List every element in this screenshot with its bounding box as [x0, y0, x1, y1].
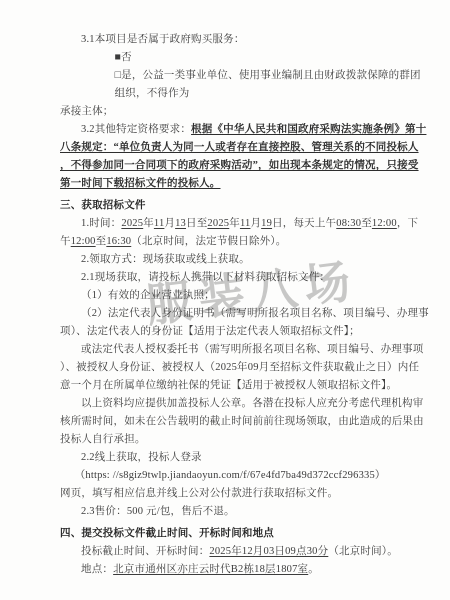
text-segment: 2.2线上获取，投标人登录	[81, 452, 202, 463]
text-segment: 12:00	[71, 236, 96, 247]
section-3-heading: 三、获取招标文件	[60, 197, 396, 215]
text-segment: 11	[240, 218, 251, 229]
online-obtain: 2.2线上获取，投标人登录	[60, 449, 396, 467]
text-segment: 08:30	[336, 218, 361, 229]
text-segment: 2.1现场获取，请投标人携带以下材料获取招标文件：	[81, 272, 330, 283]
price: 2.3售价：500 元/包，售后不退。	[60, 503, 396, 521]
text-segment: 以上资料均应提供加盖投标人公章。各潜在投标人应充分考虑代理机构审	[81, 398, 423, 409]
text-segment: 16:30	[106, 236, 131, 247]
text-segment: 月	[250, 218, 261, 229]
venue: 地点：北京市通州区亦庄云时代B2栋18层1807室。	[60, 561, 396, 579]
text-segment: ）、被授权人身份证、被授权人（2025年09月至招标文件获取截止之日）内任	[60, 362, 419, 373]
text-segment: 或法定代表人授权委托书（需写明所报名项目名称、项目编号、办理事项	[81, 344, 423, 355]
text-segment: 1.时间：	[81, 218, 121, 229]
clause-3-2-line2: 八条规定：“单位负责人为同一人或者存在直接控股、管理关系的不同投标人	[60, 139, 396, 157]
onsite-obtain: 2.1现场获取，请投标人携带以下材料获取招标文件：	[60, 269, 396, 287]
note-line3: 投标人自行承担。	[60, 431, 396, 449]
text-segment: 。	[308, 564, 319, 575]
online-obtain-line2: 网页，填写相应信息并线上公对公付款进行获取招标文件。	[60, 485, 396, 503]
material-2-line1: （2）法定代表人身份证明书（需写明所报名项目名称、项目编号、办理事	[60, 305, 396, 323]
text-segment: 日，每天上午	[272, 218, 336, 229]
text-segment: （2）法定代表人身份证明书（需写明所报名项目名称、项目编号、办理事	[81, 308, 429, 319]
obtain-method: 2.领取方式：现场获取或线上获取。	[60, 251, 396, 269]
text-segment: 至	[361, 218, 372, 229]
text-segment: 北京市通州区亦庄云时代B2栋18层1807室	[113, 564, 308, 575]
text-segment: 2.3售价：500 元/包，售后不退。	[81, 506, 235, 517]
text-segment: 日至	[186, 218, 207, 229]
text-segment: 四、提交投标文件截止时间、开标时间和地点	[60, 528, 274, 539]
text-segment: 项）、法定代表人的身份证【适用于法定代表人领取招标文件】；	[60, 326, 360, 337]
text-segment: 核所需时间，如未在公告载明的截止时间前前往现场领取，由此造成的后果由	[60, 416, 424, 427]
note-line2: 核所需时间，如未在公告载明的截止时间前前往现场领取，由此造成的后果由	[60, 413, 396, 431]
text-segment: 组织，不得作为	[115, 88, 190, 99]
obtain-time-line1: 1.时间：2025年11月13日至2025年11月19日，每天上午08:30至1…	[60, 215, 396, 233]
clause-3-1: 3.1本项目是否属于政府购买服务：	[60, 31, 396, 49]
text-segment: 地点：	[81, 564, 113, 575]
text-segment: 八条规定：“单位负责人为同一人或者存在直接控股、管理关系的不同投标人	[60, 142, 419, 153]
text-segment: 3.2其他特定资格要求：	[81, 124, 191, 135]
text-segment: 年	[143, 218, 154, 229]
text-segment: （1）有效的企业营业执照；	[81, 290, 215, 301]
clause-3-2-line3: ，不得参加同一合同项下的政府采购活动”，如出现本条规定的情况，只接受	[60, 157, 396, 175]
option-yes-line2: 组织，不得作为	[60, 85, 396, 103]
text-segment: 根据《中华人民共和国政府采购法实施条例》第十	[191, 124, 426, 135]
text-segment: 投标截止时间、开标时间：	[81, 546, 209, 557]
note-line1: 以上资料均应提供加盖投标人公章。各潜在投标人应充分考虑代理机构审	[60, 395, 396, 413]
text-segment: 12:00	[372, 218, 397, 229]
text-segment: 11	[154, 218, 165, 229]
scanned-document-page: 服装八场 3.1本项目是否属于政府购买服务：■否□是，公益一类事业单位、使用事业…	[0, 0, 450, 600]
text-segment: ，不得参加同一合同项下的政府采购活动”，如出现本条规定的情况，只接受	[60, 160, 419, 171]
document-body: 3.1本项目是否属于政府购买服务：■否□是，公益一类事业单位、使用事业编制且由财…	[60, 31, 396, 579]
text-segment: 至	[96, 236, 107, 247]
material-2-line2: 项）、法定代表人的身份证【适用于法定代表人领取招标文件】；	[60, 323, 396, 341]
text-segment: （https: //s8giz9twlp.jiandaoyun.com/f/67…	[75, 470, 386, 481]
text-segment: 3.1本项目是否属于政府购买服务：	[81, 34, 245, 45]
text-segment: 投标人自行承担。	[60, 434, 146, 445]
material-3-line1: 或法定代表人授权委托书（需写明所报名项目名称、项目编号、办理事项	[60, 341, 396, 359]
material-3-line2: ）、被授权人身份证、被授权人（2025年09月至招标文件获取截止之日）内任	[60, 359, 396, 377]
text-segment: 年	[229, 218, 240, 229]
text-segment: 2025年12月03日09点30分	[209, 546, 328, 557]
option-yes-line3: 承接主体；	[60, 103, 396, 121]
text-segment: 19	[261, 218, 272, 229]
text-segment: 承接主体；	[60, 106, 114, 117]
text-segment: 第一时间下载招标文件的投标人。	[60, 178, 221, 189]
text-segment: 2025	[207, 218, 229, 229]
text-segment: 意一个月在所属单位缴纳社保的凭证【适用于被授权人领取招标文件】。	[60, 380, 397, 391]
text-segment: 三、获取招标文件	[60, 200, 146, 211]
obtain-url: （https: //s8giz9twlp.jiandaoyun.com/f/67…	[60, 467, 396, 485]
text-segment: 午	[60, 236, 71, 247]
text-segment: 2025	[121, 218, 143, 229]
text-segment: （北京时间）。	[328, 546, 398, 557]
text-segment: 网页，填写相应信息并线上公对公付款进行获取招标文件。	[60, 488, 338, 499]
text-segment: □是，公益一类事业单位、使用事业编制且由财政拨款保障的群团	[115, 70, 421, 81]
obtain-time-line2: 午12:00至16:30（北京时间，法定节假日除外）。	[60, 233, 396, 251]
option-no: ■否	[60, 49, 396, 67]
text-segment: ■否	[115, 52, 132, 63]
text-segment: 2.领取方式：现场获取或线上获取。	[81, 254, 250, 265]
text-segment: （北京时间，法定节假日除外）。	[131, 236, 286, 247]
text-segment: 月	[164, 218, 175, 229]
material-1: （1）有效的企业营业执照；	[60, 287, 396, 305]
clause-3-2-line4: 第一时间下载招标文件的投标人。	[60, 175, 396, 193]
text-segment: ，下	[397, 218, 418, 229]
material-3-line3: 意一个月在所属单位缴纳社保的凭证【适用于被授权人领取招标文件】。	[60, 377, 396, 395]
option-yes-line1: □是，公益一类事业单位、使用事业编制且由财政拨款保障的群团	[60, 67, 396, 85]
text-segment: 13	[175, 218, 186, 229]
section-4-heading: 四、提交投标文件截止时间、开标时间和地点	[60, 525, 396, 543]
deadline: 投标截止时间、开标时间：2025年12月03日09点30分（北京时间）。	[60, 543, 396, 561]
clause-3-2-line1: 3.2其他特定资格要求：根据《中华人民共和国政府采购法实施条例》第十	[60, 121, 396, 139]
